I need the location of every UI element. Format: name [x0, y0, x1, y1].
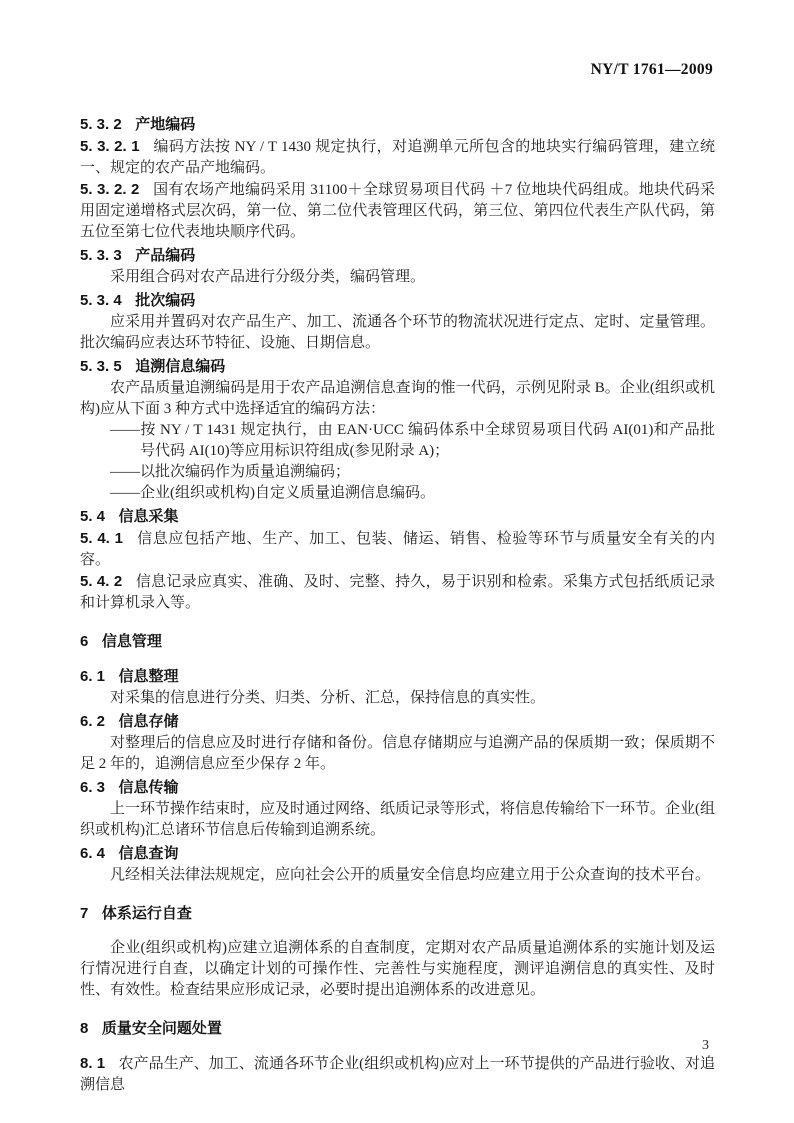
paragraph: 对整理后的信息应及时进行存储和备份。信息存储期应与追溯产品的保质期一致；保质期不… — [80, 733, 715, 775]
chapter-title: 信息管理 — [102, 633, 162, 650]
clause-heading-6-2: 6. 2信息存储 — [80, 711, 715, 732]
clause-title: 信息查询 — [119, 845, 179, 862]
clause-number: 6. 4 — [80, 843, 105, 864]
paragraph-number: 8. 1 — [80, 1055, 105, 1072]
chapter-heading-7: 7体系运行自查 — [80, 903, 715, 924]
paragraph-text: 信息记录应真实、准确、及时、完整、持久，易于识别和检索。采集方式包括纸质记录和计… — [80, 574, 715, 611]
paragraph-5-3-2-2: 5. 3. 2. 2国有农场产地编码采用 31100＋全球贸易项目代码 ＋7 位… — [80, 179, 715, 243]
document-body: 5. 3. 2产地编码 5. 3. 2. 1编码方法按 NY / T 1430 … — [80, 112, 715, 1096]
list-item: ——企业(组织或机构)自定义质量追溯信息编码。 — [80, 483, 715, 504]
clause-heading-6-1: 6. 1信息整理 — [80, 666, 715, 687]
clause-number: 6. 3 — [80, 777, 105, 798]
clause-heading-6-4: 6. 4信息查询 — [80, 843, 715, 864]
clause-title: 追溯信息编码 — [135, 358, 225, 375]
chapter-number: 7 — [80, 903, 88, 924]
paragraph: 企业(组织或机构)应建立追溯体系的自查制度，定期对农产品质量追溯体系的实施计划及… — [80, 938, 715, 1001]
clause-heading-5-4: 5. 4信息采集 — [80, 506, 715, 527]
clause-title: 信息整理 — [119, 668, 179, 685]
paragraph-text: 编码方法按 NY / T 1430 规定执行，对追溯单元所包含的地块实行编码管理… — [80, 139, 715, 176]
chapter-heading-8: 8质量安全问题处置 — [80, 1018, 715, 1039]
paragraph-number: 5. 3. 2. 1 — [80, 138, 140, 155]
clause-title: 信息存储 — [119, 713, 179, 730]
paragraph-5-4-1: 5. 4. 1信息应包括产地、生产、加工、包装、储运、销售、检验等环节与质量安全… — [80, 528, 715, 571]
clause-title: 信息采集 — [119, 508, 179, 525]
paragraph-5-3-2-1: 5. 3. 2. 1编码方法按 NY / T 1430 规定执行，对追溯单元所包… — [80, 136, 715, 179]
clause-title: 产品编码 — [135, 247, 195, 264]
chapter-number: 8 — [80, 1018, 88, 1039]
list-item: ——以批次编码作为质量追溯编码； — [80, 462, 715, 483]
paragraph: 农产品质量追溯编码是用于农产品追溯信息查询的惟一代码，示例见附录 B。企业(组织… — [80, 378, 715, 420]
clause-number: 6. 1 — [80, 666, 105, 687]
clause-heading-5-3-5: 5. 3. 5追溯信息编码 — [80, 356, 715, 377]
doc-code: NY/T 1761—2009 — [591, 61, 713, 79]
clause-heading-5-3-3: 5. 3. 3产品编码 — [80, 245, 715, 266]
paragraph: 应采用并置码对农产品生产、加工、流通各个环节的物流状况进行定点、定时、定量管理。… — [80, 312, 715, 354]
list-item: ——按 NY / T 1431 规定执行，由 EAN·UCC 编码体系中全球贸易… — [80, 420, 715, 462]
clause-heading-5-3-4: 5. 3. 4批次编码 — [80, 290, 715, 311]
paragraph-number: 5. 3. 2. 2 — [80, 181, 139, 198]
paragraph: 上一环节操作结束时，应及时通过网络、纸质记录等形式，将信息传输给下一环节。企业(… — [80, 799, 715, 841]
clause-title: 批次编码 — [135, 292, 195, 309]
paragraph-text: 信息应包括产地、生产、加工、包装、储运、销售、检验等环节与质量安全有关的内容。 — [80, 531, 715, 568]
paragraph-text: 农产品生产、加工、流通各环节企业(组织或机构)应对上一环节提供的产品进行验收、对… — [80, 1056, 715, 1093]
clause-number: 5. 4 — [80, 506, 105, 527]
clause-title: 产地编码 — [135, 116, 195, 133]
chapter-title: 质量安全问题处置 — [102, 1020, 222, 1037]
chapter-title: 体系运行自查 — [102, 905, 192, 922]
paragraph: 采用组合码对农产品进行分级分类，编码管理。 — [80, 267, 715, 288]
clause-number: 5. 3. 5 — [80, 356, 122, 377]
paragraph: 对采集的信息进行分类、归类、分析、汇总，保持信息的真实性。 — [80, 688, 715, 709]
page-number: 3 — [702, 1038, 709, 1054]
paragraph-text: 国有农场产地编码采用 31100＋全球贸易项目代码 ＋7 位地块代码组成。地块代… — [80, 182, 715, 240]
chapter-number: 6 — [80, 631, 88, 652]
clause-title: 信息传输 — [119, 779, 179, 796]
clause-heading-6-3: 6. 3信息传输 — [80, 777, 715, 798]
clause-number: 5. 3. 3 — [80, 245, 122, 266]
clause-heading-5-3-2: 5. 3. 2产地编码 — [80, 114, 715, 135]
paragraph-5-4-2: 5. 4. 2信息记录应真实、准确、及时、完整、持久，易于识别和检索。采集方式包… — [80, 571, 715, 614]
clause-number: 5. 3. 2 — [80, 114, 122, 135]
paragraph: 凡经相关法律法规规定，应向社会公开的质量安全信息均应建立用于公众查询的技术平台。 — [80, 865, 715, 886]
clause-number: 5. 3. 4 — [80, 290, 122, 311]
clause-number: 6. 2 — [80, 711, 105, 732]
chapter-heading-6: 6信息管理 — [80, 631, 715, 652]
paragraph-number: 5. 4. 2 — [80, 573, 122, 590]
paragraph-8-1: 8. 1农产品生产、加工、流通各环节企业(组织或机构)应对上一环节提供的产品进行… — [80, 1053, 715, 1096]
paragraph-number: 5. 4. 1 — [80, 530, 123, 547]
